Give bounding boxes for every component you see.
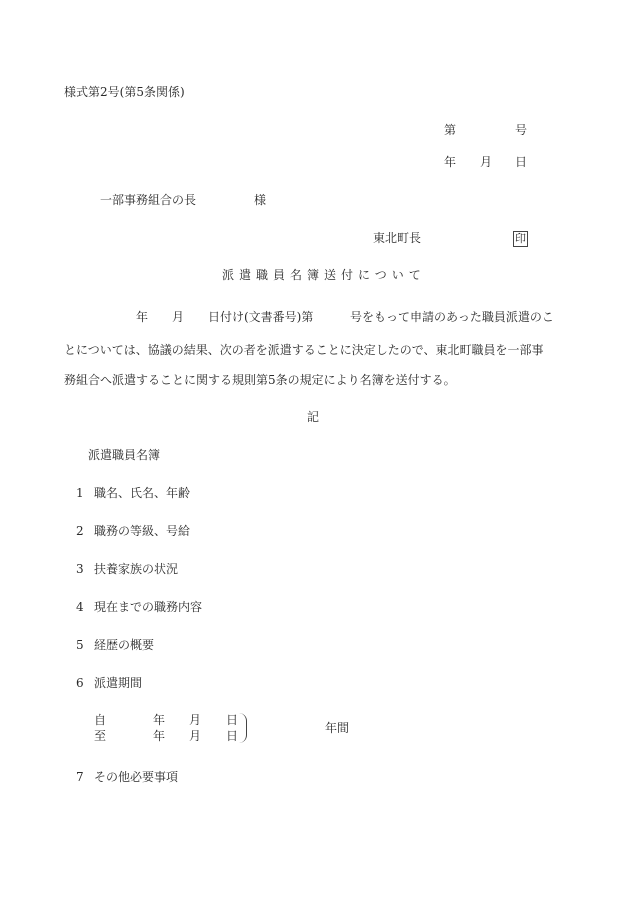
body-line1-tail: 号をもって申請のあった職員派遣のこ: [350, 309, 554, 325]
item-label: その他必要事項: [94, 769, 178, 785]
period-to-day: 日: [226, 728, 238, 744]
item-label: 職名、氏名、年齢: [94, 485, 190, 501]
body-date-ref: 日付け(文書番号)第: [208, 309, 313, 325]
period-to-label: 至: [94, 728, 106, 744]
item-label: 経歴の概要: [94, 637, 154, 653]
date-year: 年: [444, 154, 456, 170]
item-label: 現在までの職務内容: [94, 599, 202, 615]
brace-icon: [238, 713, 247, 743]
list-heading: 派遣職員名簿: [88, 447, 160, 463]
period-from-year: 年: [153, 712, 165, 728]
item-number: 4: [76, 599, 84, 615]
period-to-month: 月: [189, 728, 201, 744]
item-number: 7: [76, 769, 84, 785]
item-label: 職務の等級、号給: [94, 523, 190, 539]
document-title: 派遣職員名簿送付について: [222, 267, 426, 283]
doc-number-suffix: 号: [515, 122, 527, 138]
ki-heading: 記: [307, 409, 319, 425]
period-from-label: 自: [94, 712, 106, 728]
item-number: 6: [76, 675, 84, 691]
sender-name: 東北町長: [373, 230, 421, 246]
item-number: 2: [76, 523, 84, 539]
body-line2: とについては、協議の結果、次の者を派遣することに決定したので、東北町職員を一部事: [64, 342, 544, 358]
item-number: 3: [76, 561, 84, 577]
period-from-month: 月: [189, 712, 201, 728]
date-month: 月: [480, 154, 492, 170]
addressee-honorific: 様: [254, 192, 266, 208]
body-month: 月: [172, 309, 184, 325]
form-label: 様式第2号(第5条関係): [64, 84, 185, 100]
addressee-name: 一部事務組合の長: [100, 192, 196, 208]
item-label: 扶養家族の状況: [94, 561, 178, 577]
body-line3: 務組合へ派遣することに関する規則第5条の規定により名簿を送付する。: [64, 372, 456, 388]
period-to-year: 年: [153, 728, 165, 744]
doc-number-prefix: 第: [444, 122, 456, 138]
date-day: 日: [515, 154, 527, 170]
seal-mark: 印: [513, 231, 528, 247]
body-year: 年: [136, 309, 148, 325]
item-number: 5: [76, 637, 84, 653]
period-duration: 年間: [325, 720, 349, 736]
item-number: 1: [76, 485, 84, 501]
item-label: 派遣期間: [94, 675, 142, 691]
period-from-day: 日: [226, 712, 238, 728]
